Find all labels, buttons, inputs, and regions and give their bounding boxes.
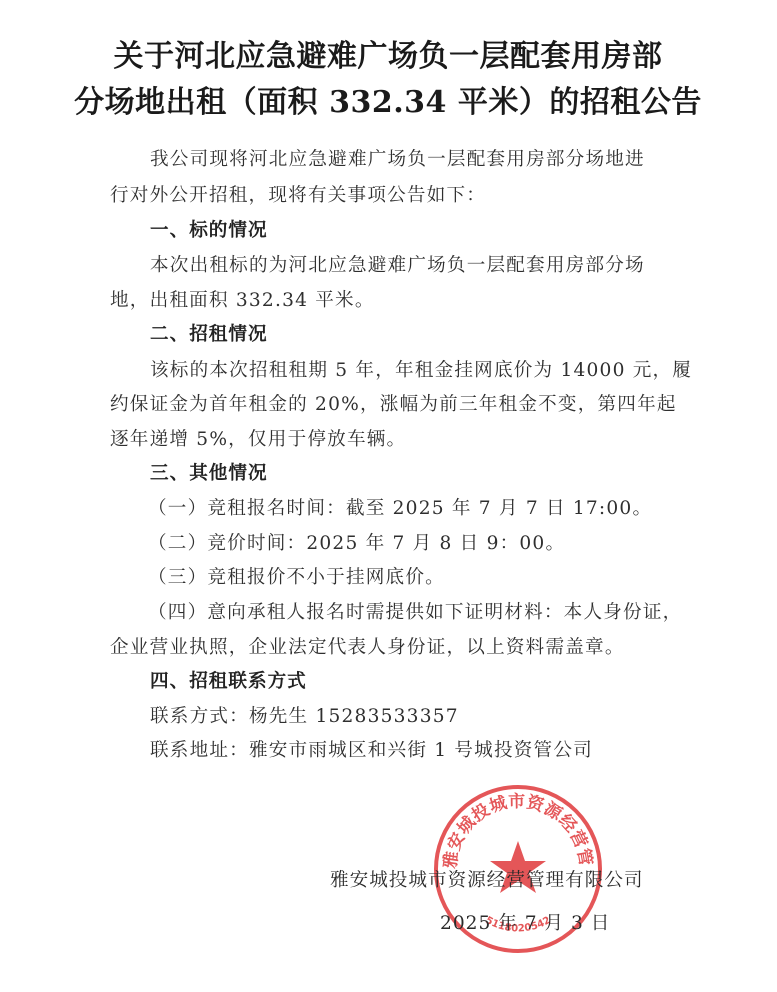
section-other-item-4-line-1: （四）意向承租人报名时需提供如下证明材料：本人身份证， — [148, 600, 682, 626]
document-title-line-1: 关于河北应急避难广场负一层配套用房部 — [60, 34, 716, 80]
section-heading-leasing: 二、招租情况 — [150, 322, 268, 348]
document-page: 关于河北应急避难广场负一层配套用房部 分场地出租（面积 332.34 平米）的招… — [0, 0, 777, 992]
section-subject-line-2: 地，出租面积 332.34 平米。 — [110, 288, 375, 314]
section-other-item-1: （一）竞租报名时间：截至 2025 年 7 月 7 日 17:00。 — [148, 496, 652, 522]
document-title-line-2: 分场地出租（面积 332.34 平米）的招租公告 — [60, 80, 716, 126]
section-leasing-line-2: 约保证金为首年租金的 20%，涨幅为前三年租金不变，第四年起 — [110, 392, 677, 418]
contact-address: 联系地址：雅安市雨城区和兴街 1 号城投资管公司 — [150, 738, 593, 764]
section-heading-other: 三、其他情况 — [150, 461, 268, 487]
signature-company: 雅安城投城市资源经营管理有限公司 — [330, 868, 644, 894]
section-other-item-4-line-2: 企业营业执照，企业法定代表人身份证，以上资料需盖章。 — [110, 635, 625, 661]
section-heading-subject: 一、标的情况 — [150, 218, 268, 244]
intro-paragraph-line-1: 我公司现将河北应急避难广场负一层配套用房部分场地进 — [150, 147, 645, 173]
section-leasing-line-3: 逐年递增 5%，仅用于停放车辆。 — [110, 427, 406, 453]
signature-date: 2025 年 7 月 3 日 — [440, 911, 610, 937]
section-other-item-2: （二）竞价时间：2025 年 7 月 8 日 9：00。 — [148, 531, 565, 557]
section-heading-contact: 四、招租联系方式 — [150, 669, 307, 695]
contact-phone: 联系方式：杨先生 15283533357 — [150, 704, 459, 730]
intro-paragraph-line-2: 行对外公开招租，现将有关事项公告如下： — [110, 183, 486, 209]
section-other-item-3: （三）竞租报价不小于挂网底价。 — [148, 565, 445, 591]
section-subject-line-1: 本次出租标的为河北应急避难广场负一层配套用房部分场 — [150, 253, 645, 279]
section-leasing-line-1: 该标的本次招租租期 5 年，年租金挂网底价为 14000 元，履 — [150, 358, 692, 384]
